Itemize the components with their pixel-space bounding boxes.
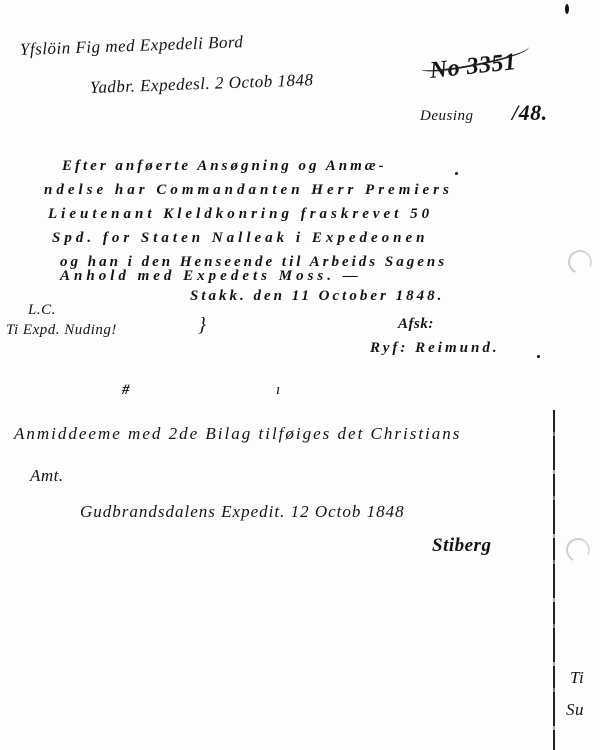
- adjacent-fragment-1: Ti: [570, 668, 584, 688]
- header-line-1: Yfslöin Fig med Expedeli Bord: [20, 32, 244, 60]
- signature1-title: Afsk:: [398, 316, 434, 333]
- adjacent-fragment-2: Su: [566, 700, 584, 720]
- ink-speck: [537, 355, 540, 358]
- body1-line-3: Lieutenant Kleldkonring fraskrevet 50: [48, 206, 433, 223]
- body1-line-4: Spd. for Staten Nalleak i Expedeonen: [52, 230, 429, 247]
- body1-line-2: ndelse har Commandanten Herr Premiers: [44, 182, 453, 199]
- separator-mark-hash: #: [122, 382, 130, 399]
- reference-year: /48.: [512, 100, 548, 126]
- page-edge-line: [553, 410, 555, 750]
- ink-speck: [455, 172, 458, 175]
- place-date-1: Stakk. den 11 October 1848.: [190, 288, 444, 305]
- separator-mark-tick: ı: [276, 382, 281, 399]
- signature1-name: Ryf: Reimund.: [370, 340, 500, 357]
- document-page: Yfslöin Fig med Expedeli Bord Yadbr. Exp…: [0, 0, 600, 750]
- punch-hole-bottom: [563, 535, 594, 566]
- body2-line-2: Amt.: [30, 466, 64, 486]
- place-date-2: Gudbrandsdalens Expedit. 12 Octob 1848: [80, 502, 405, 522]
- header-line-2: Yadbr. Expedesl. 2 Octob 1848: [90, 70, 314, 98]
- body2-line-1: Anmiddeeme med 2de Bilag tilføiges det C…: [14, 424, 461, 444]
- margin-note-line-2: Ti Expd. Nuding!: [6, 322, 117, 339]
- punch-hole-top: [565, 247, 596, 278]
- ink-speck: [565, 4, 569, 14]
- signature-2: Stiberg: [432, 535, 491, 557]
- margin-note-line-1: L.C.: [28, 302, 56, 319]
- body1-line-6: Anhold med Expedets Moss. —: [60, 268, 362, 285]
- recipient-name: Deusing: [420, 108, 474, 125]
- margin-note-bracket: }: [198, 314, 204, 337]
- body1-line-1: Efter anføerte Ansøgning og Anmæ-: [62, 158, 387, 175]
